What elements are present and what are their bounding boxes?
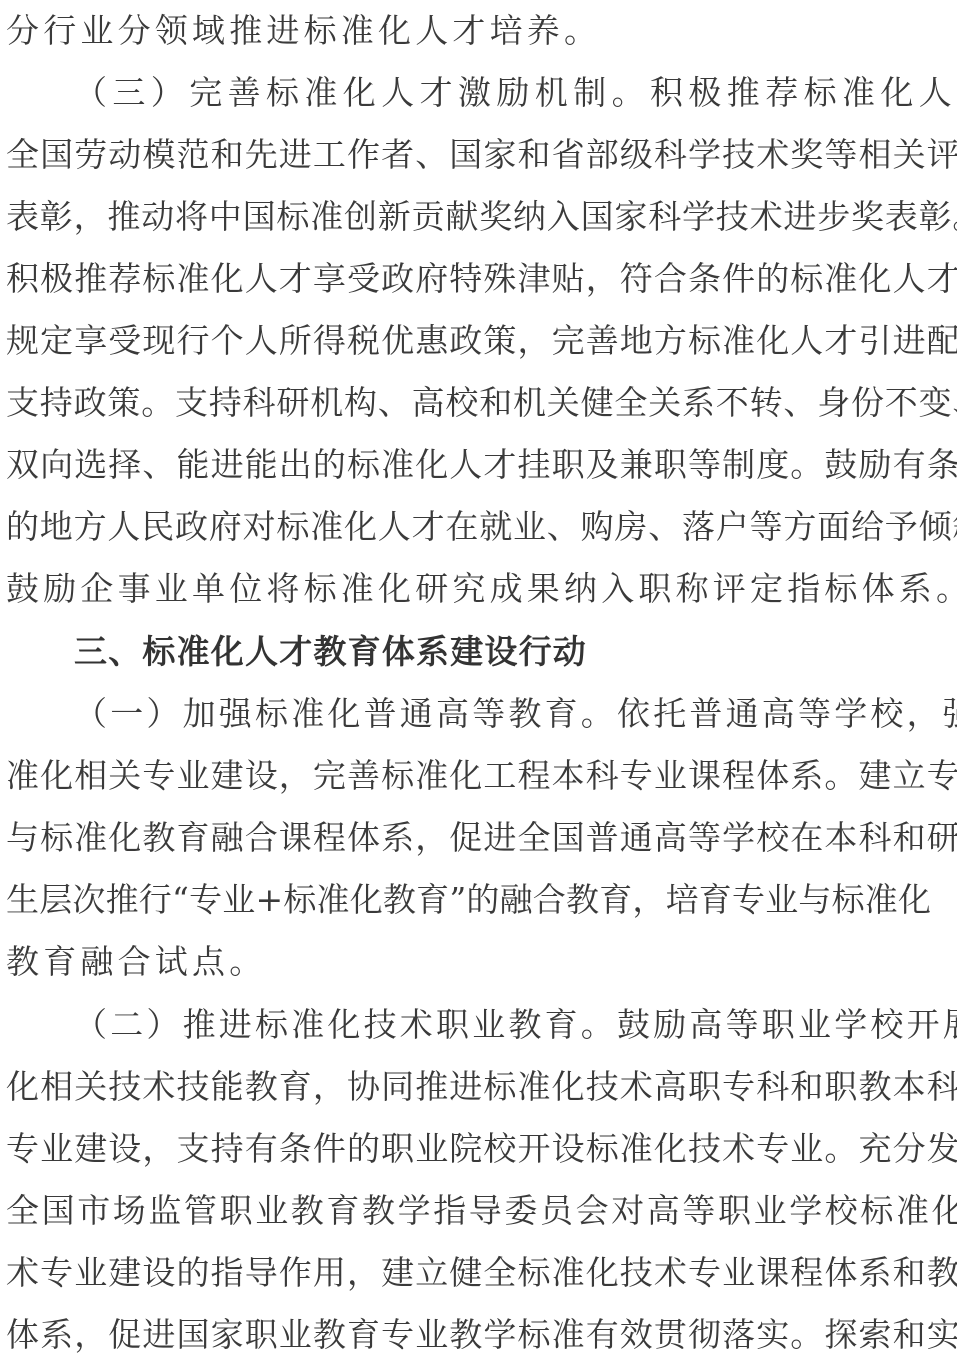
- paragraph-line: 体系，促进国家职业教育专业教学标准有效贯彻落实。探索和实践: [6, 1304, 957, 1359]
- paragraph-line: 专业建设，支持有条件的职业院校开设标准化技术专业。充分发挥: [6, 1118, 957, 1180]
- paragraph-line: 全国市场监管职业教育教学指导委员会对高等职业学校标准化技: [6, 1180, 957, 1242]
- paragraph-line: 准化相关专业建设，完善标准化工程本科专业课程体系。建立专业: [6, 745, 957, 807]
- paragraph-line: 鼓励企事业单位将标准化研究成果纳入职称评定指标体系。: [6, 558, 957, 620]
- subsection-heading-line: （二）推进标准化技术职业教育。鼓励高等职业学校开展标准: [74, 994, 957, 1056]
- paragraph-line: 化相关技术技能教育，协同推进标准化技术高职专科和职教本科的: [6, 1056, 957, 1118]
- paragraph-line: 全国劳动模范和先进工作者、国家和省部级科学技术奖等相关评选: [6, 124, 957, 186]
- section-heading: 三、标准化人才教育体系建设行动: [74, 621, 587, 683]
- paragraph-line: 术专业建设的指导作用，建立健全标准化技术专业课程体系和教材: [6, 1242, 957, 1304]
- paragraph-line: 规定享受现行个人所得税优惠政策，完善地方标准化人才引进配套: [6, 310, 957, 372]
- paragraph-line: 双向选择、能进能出的标准化人才挂职及兼职等制度。鼓励有条件: [6, 434, 957, 496]
- paragraph-line: 表彰，推动将中国标准创新贡献奖纳入国家科学技术进步奖表彰。: [6, 186, 957, 248]
- paragraph-line: 的地方人民政府对标准化人才在就业、购房、落户等方面给予倾斜。: [6, 496, 957, 558]
- paragraph-line: 积极推荐标准化人才享受政府特殊津贴，符合条件的标准化人才按: [6, 248, 957, 310]
- paragraph-line: 分行业分领域推进标准化人才培养。: [6, 0, 601, 62]
- subsection-heading-line: （三）完善标准化人才激励机制。积极推荐标准化人才参与: [74, 62, 957, 124]
- paragraph-line: 生层次推行“专业+标准化教育”的融合教育，培育专业与标准化: [6, 869, 931, 931]
- paragraph-line: 教育融合试点。: [6, 931, 266, 993]
- paragraph-line: 与标准化教育融合课程体系，促进全国普通高等学校在本科和研究: [6, 807, 957, 869]
- subsection-heading-line: （一）加强标准化普通高等教育。依托普通高等学校，强化标: [74, 683, 957, 745]
- paragraph-line: 支持政策。支持科研机构、高校和机关健全关系不转、身份不变、: [6, 372, 957, 434]
